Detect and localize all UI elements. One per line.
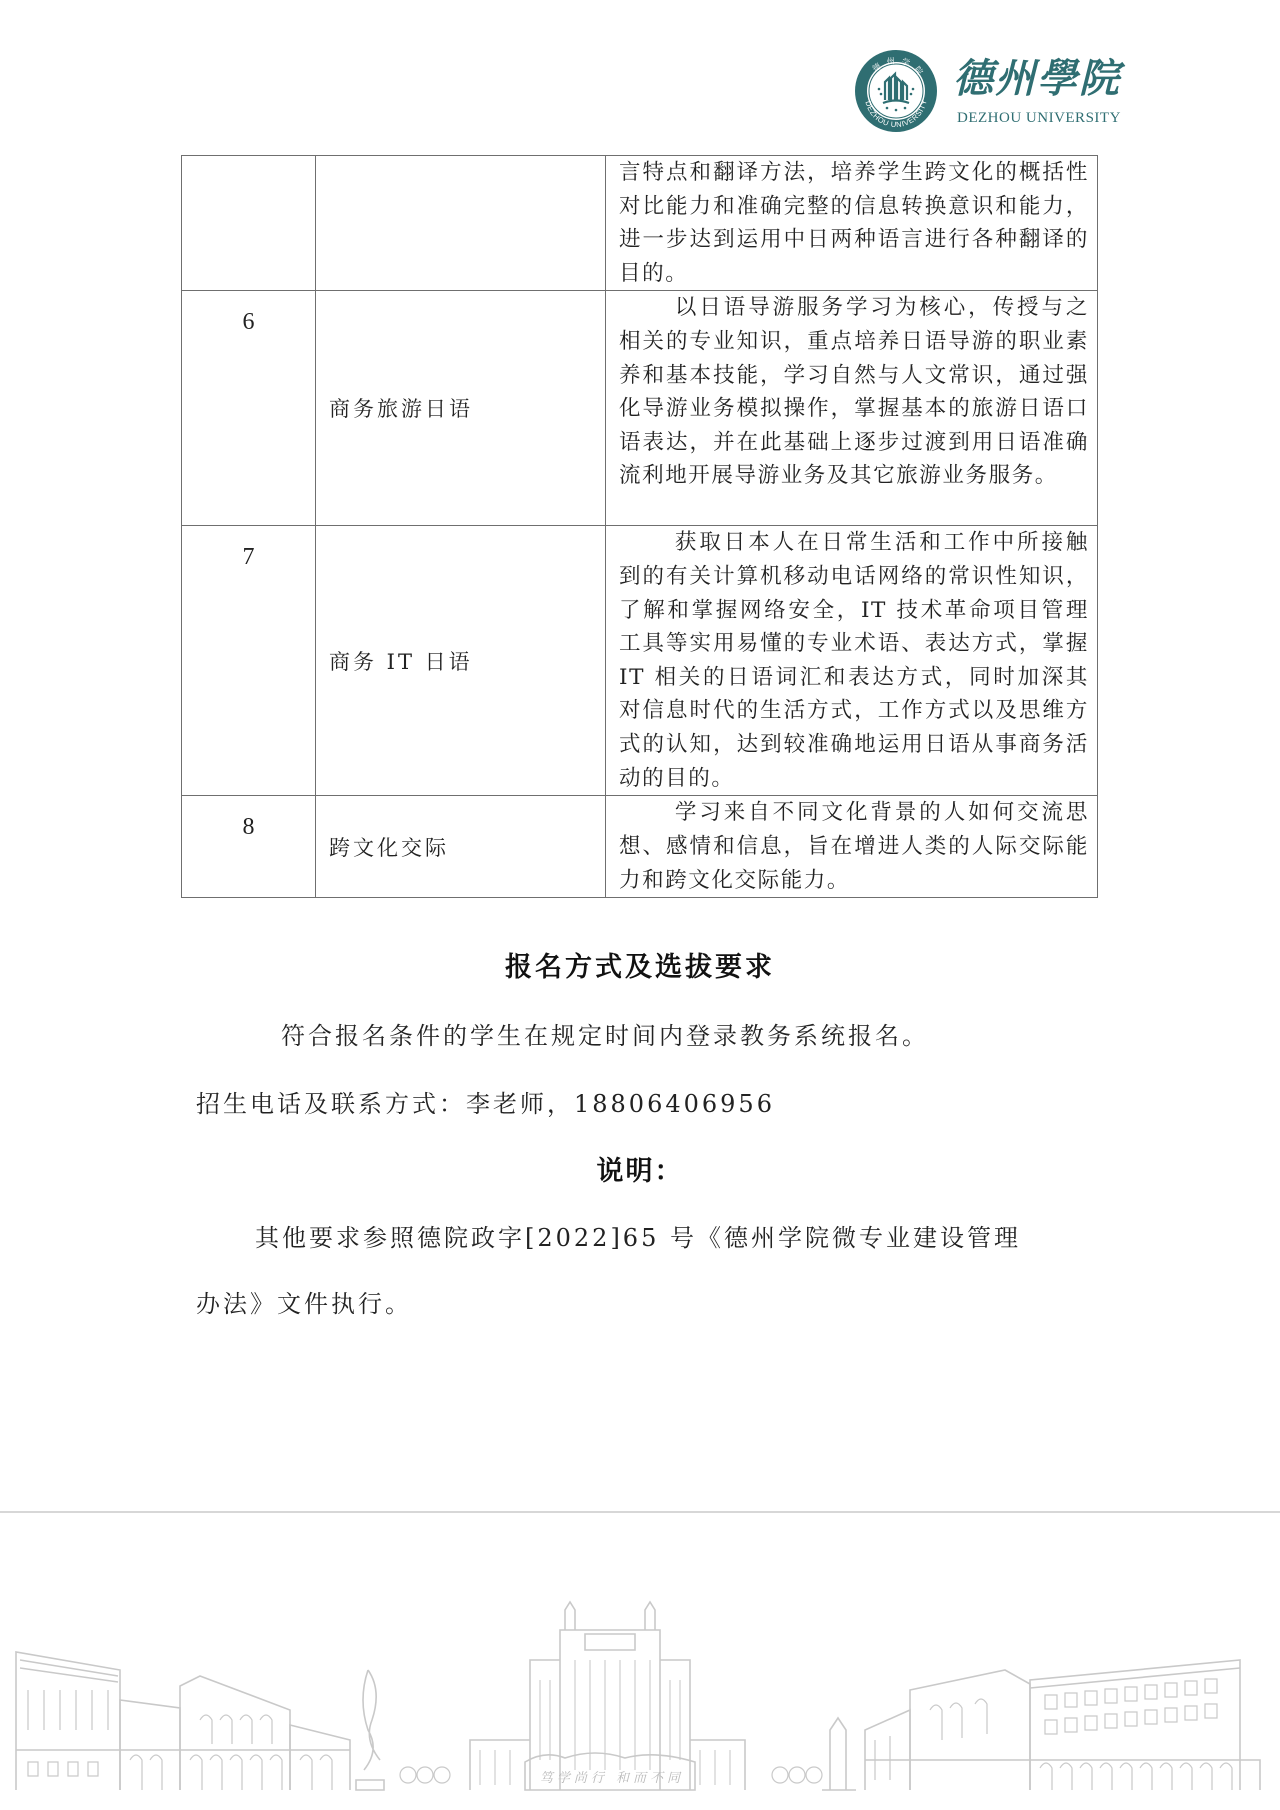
course-number: 7	[182, 526, 316, 796]
campus-skyline-illustration: 笃学尚行 和而不同	[0, 1590, 1280, 1810]
table-row: 言特点和翻译方法，培养学生跨文化的概括性对比能力和准确完整的信息转换意识和能力，…	[182, 156, 1098, 291]
course-number: 8	[182, 796, 316, 898]
notes-line-2: 办法》文件执行。	[196, 1284, 412, 1319]
course-number	[182, 156, 316, 291]
table-row: 6 商务旅游日语 以日语导游服务学习为核心，传授与之相关的专业知识，重点培养日语…	[182, 291, 1098, 526]
course-number: 6	[182, 291, 316, 526]
course-name: 商务 IT 日语	[316, 526, 606, 796]
logo-name-chinese: 德州學院	[953, 54, 1133, 104]
course-table: 言特点和翻译方法，培养学生跨文化的概括性对比能力和准确完整的信息转换意识和能力，…	[181, 155, 1098, 898]
table-row: 8 跨文化交际 学习来自不同文化背景的人如何交流思想、感情和信息，旨在增进人类的…	[182, 796, 1098, 898]
course-name: 跨文化交际	[316, 796, 606, 898]
registration-title: 报名方式及选拔要求	[0, 945, 1280, 984]
footer-divider	[0, 1511, 1280, 1513]
dezhou-university-logo: DEZHOU UNIVERSITY 德州学院 德州學院 DEZHOU UNIVE…	[853, 48, 1133, 134]
university-emblem-icon: DEZHOU UNIVERSITY 德州学院	[853, 48, 939, 134]
course-description: 学习来自不同文化背景的人如何交流思想、感情和信息，旨在增进人类的人际交际能力和跨…	[606, 796, 1098, 898]
table-row: 7 商务 IT 日语 获取日本人在日常生活和工作中所接触到的有关计算机移动电话网…	[182, 526, 1098, 796]
notes-title: 说明：	[0, 1149, 1280, 1188]
course-name: 商务旅游日语	[316, 291, 606, 526]
logo-name-english: DEZHOU UNIVERSITY	[957, 110, 1121, 127]
course-description: 言特点和翻译方法，培养学生跨文化的概括性对比能力和准确完整的信息转换意识和能力，…	[606, 156, 1098, 291]
course-description: 获取日本人在日常生活和工作中所接触到的有关计算机移动电话网络的常识性知识，了解和…	[606, 526, 1098, 796]
course-description: 以日语导游服务学习为核心，传授与之相关的专业知识，重点培养日语导游的职业素养和基…	[606, 291, 1098, 526]
notes-line-1: 其他要求参照德院政字[2022]65 号《德州学院微专业建设管理	[255, 1218, 1021, 1253]
registration-contact: 招生电话及联系方式：李老师，18806406956	[196, 1084, 775, 1119]
course-name	[316, 156, 606, 291]
monument-inscription: 笃学尚行 和而不同	[540, 1771, 684, 1786]
registration-method: 符合报名条件的学生在规定时间内登录教务系统报名。	[281, 1016, 929, 1051]
